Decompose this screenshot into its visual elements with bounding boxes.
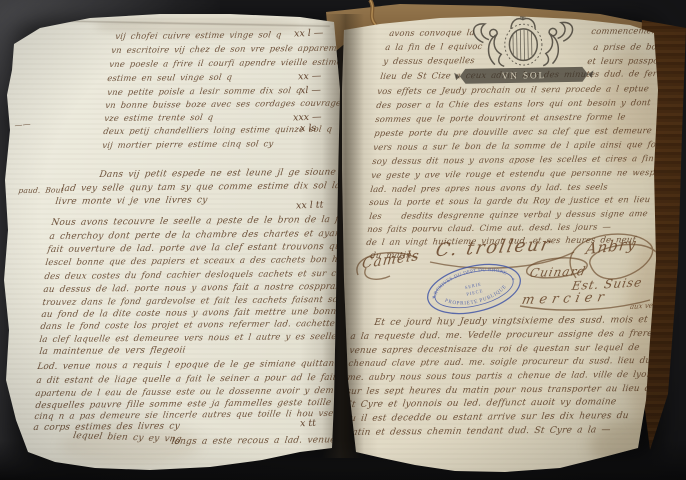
margin-amount: xx — <box>298 71 322 83</box>
manuscript-line: vij mortier pierre estime cinq sol cy <box>102 138 274 150</box>
margin-dash: —— <box>14 119 31 130</box>
manuscript-line: a dit estant de liage quelle a fait le s… <box>36 373 337 386</box>
archive-stamp-star-right: * <box>512 277 516 284</box>
fiscal-stamp-banner-text: VN SOL <box>502 71 547 82</box>
fiscal-stamp: VN SOL <box>451 13 595 93</box>
margin-note: paud. Bout <box>18 186 65 195</box>
manuscript-line: estime en seul vinge sol q <box>107 72 233 83</box>
manuscript-line: cinq n a pas demeure sie lincerle autres… <box>34 409 334 422</box>
folio-mark: 13 ra <box>278 7 299 15</box>
manuscript-photo: vij chofei cuivre estime vinge sol qxx l… <box>0 0 686 480</box>
manuscript-line: lequel bien cy ey vng <box>72 431 182 445</box>
margin-amount: x tt <box>300 418 316 430</box>
manuscript-line: la maintenue de vers flegeoii <box>39 345 186 357</box>
folio-mark: 2b <box>246 5 256 13</box>
margin-amount: xx l — <box>294 27 324 39</box>
margin-amount: xx l tt <box>296 200 324 212</box>
manuscript-line: vne petite poisle a lesir somme dix sol … <box>107 85 303 97</box>
margin-amount: x ls <box>300 123 317 135</box>
page-crease <box>32 20 330 27</box>
manuscript-line: deux petij chandelliers loing estime qui… <box>103 124 333 136</box>
manuscript-line: vze estime trente sol q <box>104 112 214 123</box>
margin-amount: xl — <box>300 85 321 97</box>
margin-amount: xxx — <box>293 112 322 124</box>
manuscript-line: livre monte vi je vne livres cy <box>55 195 208 207</box>
manuscript-line: au fond de la dite coste nous y avons fa… <box>41 307 343 320</box>
manuscript-line: vij chofei cuivre estime vinge sol q <box>115 29 282 41</box>
manuscript-line: au dessus de lad. porte nous y avons fai… <box>43 282 341 295</box>
